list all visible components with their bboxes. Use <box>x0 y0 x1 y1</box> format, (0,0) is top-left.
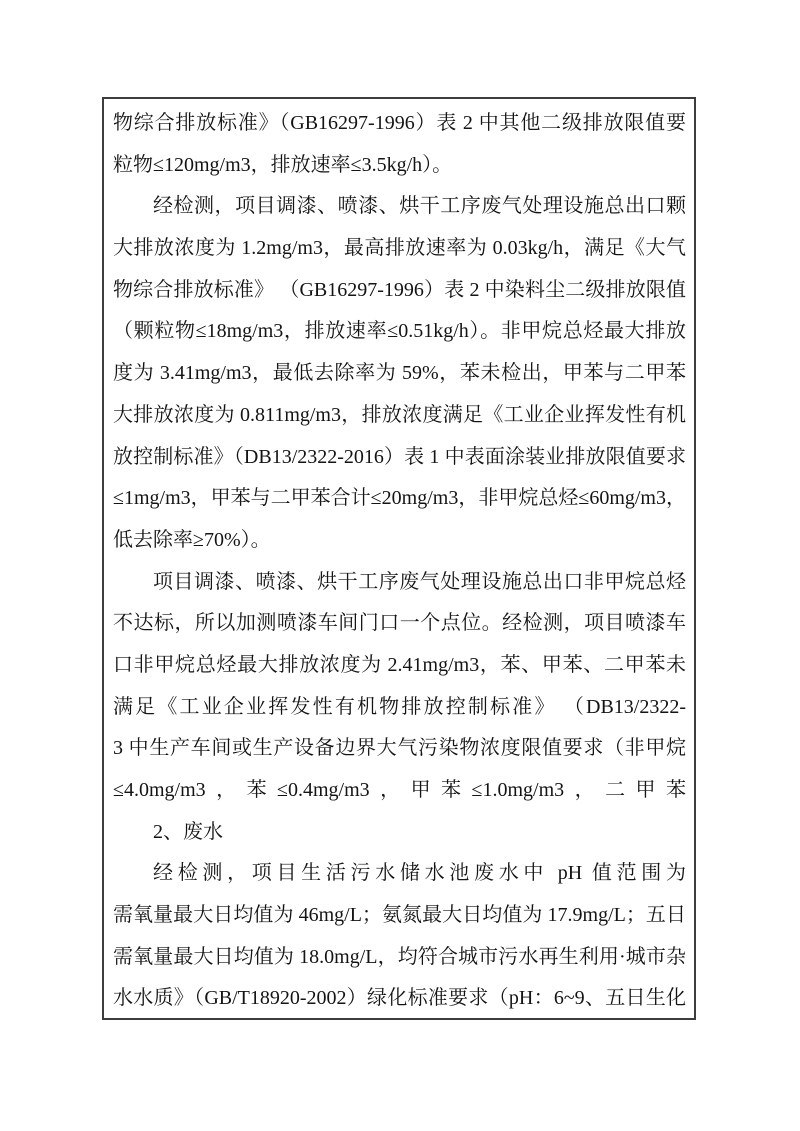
text-line: 低去除率≥70%）。 <box>113 520 686 562</box>
text-line: （颗粒物≤18mg/m3，排放速率≤0.51kg/h）。非甲烷总烃最大排放浓 <box>113 311 686 353</box>
text-line: 粒物≤120mg/m3，排放速率≤3.5kg/h）。 <box>113 145 686 187</box>
text-line: 口非甲烷总烃最大排放浓度为 2.41mg/m3，苯、甲苯、二甲苯未检出， <box>113 645 686 687</box>
text-line: 满足《工业企业挥发性有机物排放控制标准》 （DB13/2322-2016）表 <box>113 687 686 729</box>
text-line: 放控制标准》（DB13/2322-2016）表 1 中表面涂装业排放限值要求（苯 <box>113 437 686 479</box>
text-line: 2、废水 <box>113 812 686 854</box>
document-text-cell: 物综合排放标准》（GB16297-1996）表 2 中其他二级排放限值要求（颗粒… <box>102 97 696 1020</box>
text-line: ≤1mg/m3，甲苯与二甲苯合计≤20mg/m3，非甲烷总烃≤60mg/m3，最 <box>113 478 686 520</box>
text-line: 度为 3.41mg/m3，最低去除率为 59%，苯未检出，甲苯与二甲苯合计最 <box>113 353 686 395</box>
text-line: 物综合排放标准》 （GB16297-1996）表 2 中染料尘二级排放限值要求 <box>113 270 686 312</box>
document-page: 物综合排放标准》（GB16297-1996）表 2 中其他二级排放限值要求（颗粒… <box>0 0 800 1131</box>
text-line: 需氧量最大日均值为 18.0mg/L，均符合城市污水再生利用·城市杂用 <box>113 937 686 979</box>
text-line: 3 中生产车间或生产设备边界大气污染物浓度限值要求（非甲烷总烃 <box>113 728 686 770</box>
text-line: 项目调漆、喷漆、烘干工序废气处理设施总出口非甲烷总烃去除率 <box>113 562 686 604</box>
text-line: ≤4.0mg/m3，苯≤0.4mg/m3，甲苯≤1.0mg/m3，二甲苯≤1.2… <box>113 770 686 812</box>
text-line: 物综合排放标准》（GB16297-1996）表 2 中其他二级排放限值要求（颗 <box>113 103 686 145</box>
text-line: 经检测，项目生活污水储水池废水中 pH 值范围为 7.68~7.75，生化 <box>113 853 686 895</box>
text-line: 经检测，项目调漆、喷漆、烘干工序废气处理设施总出口颗粒物最 <box>113 186 686 228</box>
text-line: 大排放浓度为 0.811mg/m3，排放浓度满足《工业企业挥发性有机物排 <box>113 395 686 437</box>
text-line: 水水质》（GB/T18920-2002）绿化标准要求（pH：6~9、五日生化需氧 <box>113 978 686 1020</box>
text-line: 需氧量最大日均值为 46mg/L；氨氮最大日均值为 17.9mg/L；五日生化 <box>113 895 686 937</box>
text-line: 大排放浓度为 1.2mg/m3，最高排放速率为 0.03kg/h，满足《大气污染 <box>113 228 686 270</box>
text-line: 不达标，所以加测喷漆车间门口一个点位。经检测，项目喷漆车间门 <box>113 603 686 645</box>
